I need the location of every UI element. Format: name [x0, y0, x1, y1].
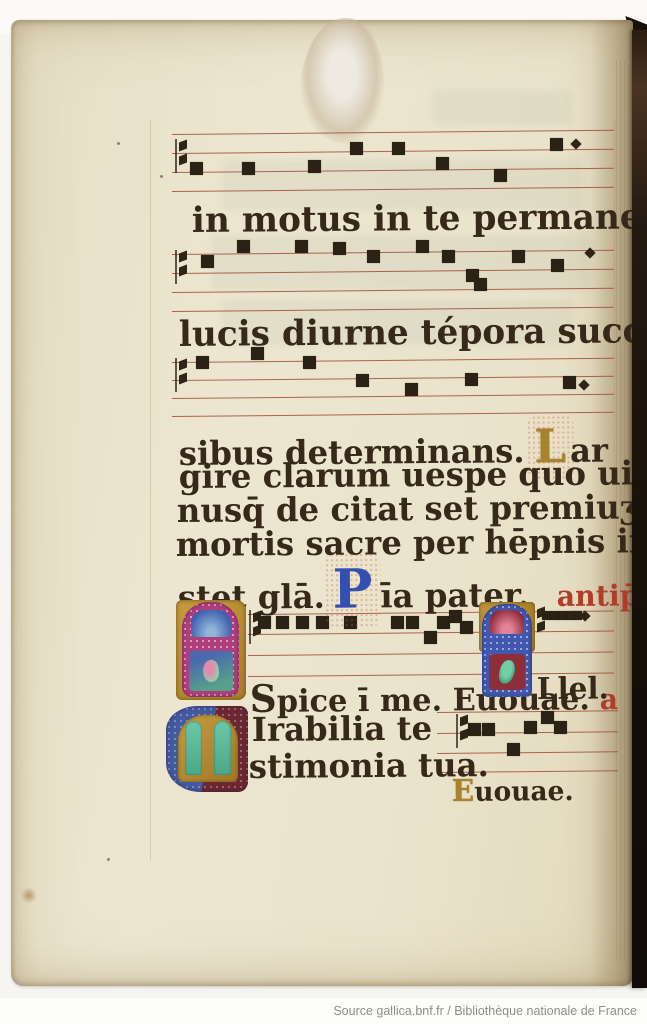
text-line: E uouae.	[452, 773, 574, 809]
neume-square	[308, 160, 321, 173]
illuminated-initial-a-left: A	[176, 600, 246, 700]
illuminated-initial-a-right: A	[479, 602, 535, 697]
neume-square	[550, 138, 563, 151]
neume-square	[295, 240, 308, 253]
neume-square	[190, 162, 203, 175]
show-through-ghost	[212, 235, 592, 290]
chant-text: Llel.	[537, 671, 609, 707]
arch-panel	[185, 721, 202, 775]
speck	[107, 858, 110, 861]
neume-square	[442, 250, 455, 263]
initial-window	[489, 654, 525, 690]
chant-text: uouae.	[474, 776, 574, 808]
chant-text: in motus in te permanens	[192, 196, 647, 241]
arch-panel	[214, 721, 231, 775]
neume-square	[405, 383, 418, 396]
chant-text: lucis diurne tépora succes	[179, 310, 647, 355]
text-line: stet glā. P īa pater. antip̄.	[177, 554, 647, 622]
text-line: lucis diurne tépora succes	[179, 310, 647, 355]
neume-square	[367, 250, 380, 263]
neume-square	[416, 240, 429, 253]
credit-text: Source gallica.bnf.fr / Bibliothèque nat…	[333, 1004, 637, 1018]
stain	[20, 888, 38, 903]
clef	[175, 139, 188, 173]
neume-square	[303, 356, 316, 369]
initial-window	[490, 610, 524, 634]
neume-square	[512, 250, 525, 263]
neume-square	[237, 240, 250, 253]
neume-square	[494, 169, 507, 182]
clef	[175, 358, 188, 392]
neume-square	[460, 621, 473, 634]
neume-square	[356, 374, 369, 387]
neume-square	[392, 142, 405, 155]
neume-square	[554, 721, 567, 734]
chant-text: Irabilia te	[252, 709, 433, 749]
neume-square	[468, 723, 481, 736]
text-line: Irabilia te	[252, 709, 433, 749]
book-binding-edge	[632, 30, 647, 988]
initial-window	[189, 651, 233, 691]
credit-bar: Source gallica.bnf.fr / Bibliothèque nat…	[0, 998, 647, 1024]
neume-square	[551, 259, 564, 272]
neume-square	[196, 356, 209, 369]
neume-square	[201, 255, 214, 268]
foliage-ornament	[498, 659, 517, 685]
text-line: in motus in te permanens	[192, 196, 647, 241]
neume-square	[474, 278, 487, 291]
neume-square	[333, 242, 346, 255]
neume-square	[350, 142, 363, 155]
neume-square	[242, 162, 255, 175]
neume-square	[424, 631, 437, 644]
show-through-ghost	[432, 90, 572, 125]
clef	[175, 250, 188, 284]
neume-square	[465, 373, 478, 386]
gold-initial-e: E	[452, 774, 475, 809]
speck	[160, 175, 163, 178]
neume-square	[507, 743, 520, 756]
neume-square	[563, 376, 576, 389]
initial-window	[191, 610, 231, 637]
blue-initial-p: P	[332, 556, 372, 620]
gold-ground	[178, 715, 238, 782]
text-line: Llel.	[537, 671, 609, 707]
stain	[300, 18, 384, 144]
illuminated-initial-m: M	[166, 706, 248, 792]
speck	[117, 142, 120, 145]
neume-square	[482, 723, 495, 736]
manuscript-photograph: in motus in te permanens lucis diurne té…	[0, 0, 647, 1024]
ruling-line	[150, 120, 151, 860]
foliage-ornament	[201, 659, 221, 684]
neume-square	[524, 721, 537, 734]
neume-square	[436, 157, 449, 170]
